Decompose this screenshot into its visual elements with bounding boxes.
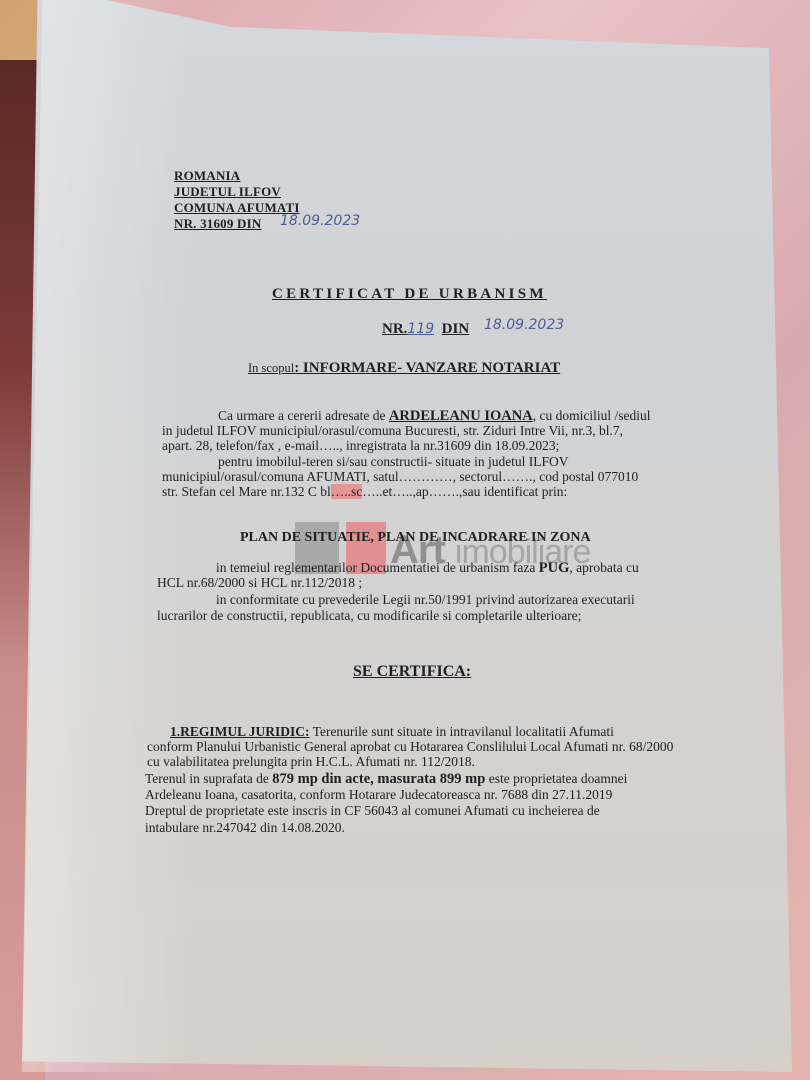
cert-number-handwritten: 119 <box>407 321 434 337</box>
basis-line-3: in conformitate cu prevederile Legii nr.… <box>216 592 635 607</box>
section1-line-2: conform Planului Urbanistic General apro… <box>147 739 673 754</box>
header-registration-number: NR. 31609 DIN <box>174 216 261 231</box>
header-handwritten-date: 18.09.2023 <box>280 214 360 229</box>
header-country: ROMANIA <box>174 168 240 183</box>
basis-text: in temeiul reglementarilor Documentatiei… <box>216 560 539 575</box>
land-area: 879 mp din acte, masurata 899 mp <box>272 771 485 787</box>
request-line-1: Ca urmare a cererii adresate de ARDELEAN… <box>218 408 650 424</box>
section1-line-7: intabulare nr.247042 din 14.08.2020. <box>145 820 345 835</box>
section1-text: Terenurile sunt situate in intravilanul … <box>310 724 614 739</box>
request-text: …..et…..,ap…….,sau identificat prin: <box>362 484 567 499</box>
purpose-line: In scopul: INFORMARE- VANZARE NOTARIAT <box>248 361 560 376</box>
section1-line-5: Ardeleanu Ioana, casatorita, conform Hot… <box>145 787 612 802</box>
basis-text: , aprobata cu <box>569 560 638 575</box>
se-certifica-heading: SE CERTIFICA: <box>353 664 471 679</box>
cert-number-din: DIN <box>442 321 470 337</box>
section1-text: este proprietatea doamnei <box>485 771 627 786</box>
section1-line-4: Terenul in suprafata de 879 mp din acte,… <box>145 771 627 787</box>
section1-heading: 1.REGIMUL JURIDIC: <box>170 724 310 739</box>
request-line-6: str. Stefan cel Mare nr.132 C bl…..sc…..… <box>162 484 567 499</box>
section1-line-1: 1.REGIMUL JURIDIC: Terenurile sunt situa… <box>170 724 614 739</box>
request-line-5: municipiul/orasul/comuna AFUMATI, satul…… <box>162 469 638 484</box>
basis-line-1: in temeiul reglementarilor Documentatiei… <box>216 560 639 576</box>
pug-label: PUG <box>539 560 570 576</box>
request-text: str. Stefan cel Mare nr.132 C bl <box>162 484 331 499</box>
basis-line-2: HCL nr.68/2000 si HCL nr.112/2018 ; <box>157 575 362 590</box>
section1-text: Terenul in suprafata de <box>145 771 272 786</box>
address-marker: …..sc <box>331 484 363 499</box>
request-line-3: apart. 28, telefon/fax , e-mail….., inre… <box>162 438 559 453</box>
section1-line-6: Dreptul de proprietate este inscris in C… <box>145 803 600 818</box>
plan-heading: PLAN DE SITUATIE, PLAN DE INCADRARE IN Z… <box>240 530 591 545</box>
purpose-label: In scopul <box>248 361 294 375</box>
basis-line-4: lucrarilor de constructii, republicata, … <box>157 608 581 623</box>
header-county: JUDETUL ILFOV <box>174 184 281 199</box>
request-line-2: in judetul ILFOV municipiul/orasul/comun… <box>162 423 623 438</box>
certificate-title: CERTIFICAT DE URBANISM <box>272 287 547 302</box>
applicant-name: ARDELEANU IOANA <box>389 408 533 424</box>
certificate-document: ROMANIA JUDETUL ILFOV COMUNA AFUMATI NR.… <box>0 0 810 1080</box>
section1-line-3: cu valabilitatea prelungita prin H.C.L. … <box>147 754 475 769</box>
purpose-value: : INFORMARE- VANZARE NOTARIAT <box>294 360 560 376</box>
request-text: Ca urmare a cererii adresate de <box>218 408 389 423</box>
request-line-4: pentru imobilul-teren si/sau constructii… <box>218 454 569 469</box>
cert-handwritten-date: 18.09.2023 <box>484 318 564 333</box>
request-text: , cu domiciliul /sediul <box>533 408 651 423</box>
cert-number-prefix: NR. <box>382 321 407 337</box>
